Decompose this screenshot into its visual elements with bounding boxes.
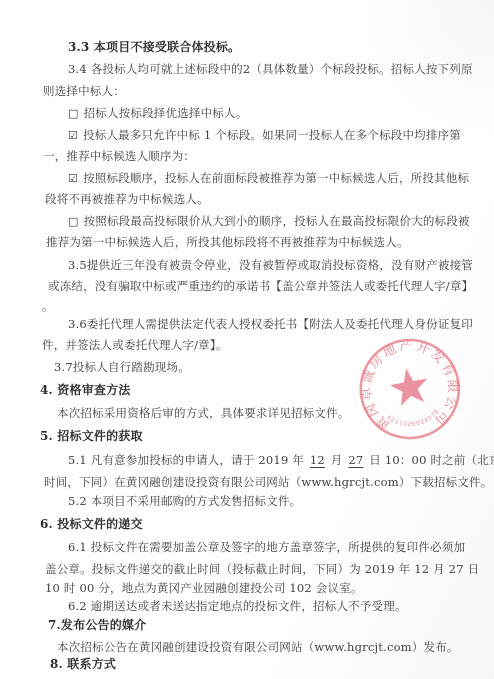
clause-3-6: 3.6委托代理人需提供法定代表人授权委托书【附法人及委托代理人身份证复印 bbox=[68, 317, 473, 332]
section-5-heading: 5. 招标文件的获取 bbox=[40, 429, 143, 444]
checkbox-checked-icon: ☑ bbox=[68, 129, 78, 142]
clause-3-5-period: 。 bbox=[42, 299, 54, 314]
clause-3-4-cont: 则选择中标人： bbox=[43, 84, 125, 99]
section-6-heading: 6. 投标文件的递交 bbox=[40, 517, 143, 532]
clause-6-1-cont2: 10 时 00 分，地点为黄冈产业园融创建投公司 102 会议室。 bbox=[45, 581, 363, 596]
clause-3-6-cont: 件，并签法人或委托代理人字/章】。 bbox=[42, 338, 228, 353]
section-7-body: 本次招标公告在黄冈融创建设投资有限公司网站（www.hgrcjt.com）发布。 bbox=[57, 640, 459, 655]
clause-6-2: 6.2 逾期送达或者未送达指定地点的投标文件，招标人不予受理。 bbox=[68, 599, 407, 614]
svg-text:4211020024578: 4211020024578 bbox=[385, 406, 443, 433]
clause-3-5: 3.5提供近三年没有被责令停业，没有被暂停或取消投标资格，没有财产被接管 bbox=[68, 258, 473, 273]
checkbox-checked-icon: ☑ bbox=[68, 172, 78, 185]
section-4-heading: 4. 资格审查方法 bbox=[40, 383, 131, 398]
company-seal: 黄冈卓诚房地产开发有限公司 4211020024578 bbox=[343, 324, 477, 456]
star-icon bbox=[387, 365, 431, 407]
section-4-body: 本次招标采用资格后审的方式，具体要求详见招标文件。 bbox=[57, 406, 350, 421]
scanned-document-page: 3.3 本项目不接受联合体投标。 3.4 各投标人均可就上述标段中的2（具体数量… bbox=[0, 0, 494, 679]
clause-3-5-cont: 或冻结，没有骗取中标或严重违约的承诺书【盖公章并签法人或委托代理人字/章】 bbox=[48, 279, 473, 294]
option-text: 投标人最多只允许中标 1 个标段。如果同一投标人在多个标段中均排序第 bbox=[83, 128, 461, 142]
seal-serial-number: 4211020024578 bbox=[385, 406, 443, 433]
option-price-order: □按照标段最高投标限价从大到小的顺序，投标人在最高投标限价大的标段被 bbox=[68, 214, 470, 229]
option-section-order-cont: 段将不再被推荐为中标候选人。 bbox=[45, 192, 209, 207]
option-text: 按照标段最高投标限价从大到小的顺序，投标人在最高投标限价大的标段被 bbox=[84, 214, 470, 228]
checkbox-unchecked-icon: □ bbox=[68, 107, 79, 120]
clause-5-1: 5.1 凡有意参加投标的申请人，请于 2019 年 12 月 27 日 10：0… bbox=[68, 453, 494, 468]
option-select-by-section: □招标人按标段择优选择中标人。 bbox=[68, 106, 247, 121]
clause-3-4: 3.4 各投标人均可就上述标段中的2（具体数量）个标段投标。招标人按下列原 bbox=[68, 62, 473, 77]
deadline-month-value: 12 bbox=[308, 453, 327, 467]
clause-5-1-cont: 时间，下同）在黄冈融创建设投资有限公司网站（www.hgrcjt.com）下载招… bbox=[44, 475, 492, 490]
clause-6-1: 6.1 投标文件在需要加盖公章及签字的地方盖章签字，所提供的复印件必须加 bbox=[68, 540, 465, 555]
clause-5-2: 5.2 本项目不采用邮购的方式发售招标文件。 bbox=[68, 494, 301, 509]
section-8-heading: 8. 联系方式 bbox=[50, 657, 116, 672]
clause-5-1-text: 5.1 凡有意参加投标的申请人，请于 2019 年 bbox=[68, 453, 308, 467]
option-section-order: ☑按照标段顺序，投标人在前面标段被推荐为第一中标候选人后，所投其他标 bbox=[68, 171, 469, 186]
option-max-one-section-cont: 一，推荐中标候选人顺序为： bbox=[43, 149, 195, 164]
option-text: 招标人按标段择优选择中标人。 bbox=[84, 106, 248, 120]
checkbox-unchecked-icon: □ bbox=[68, 215, 79, 228]
option-max-one-section: ☑投标人最多只允许中标 1 个标段。如果同一投标人在多个标段中均排序第 bbox=[68, 128, 461, 143]
clause-5-1-text: 日 10：00 时之前（北京 bbox=[365, 453, 494, 467]
option-text: 按照标段顺序，投标人在前面标段被推荐为第一中标候选人后，所投其他标 bbox=[83, 171, 469, 185]
clause-3-3: 3.3 本项目不接受联合体投标。 bbox=[68, 40, 240, 55]
clause-3-7: 3.7投标人自行踏勘现场。 bbox=[54, 360, 190, 375]
clause-6-1-cont1: 盖公章。投标文件递交的截止时间（投标截止时间，下同）为 2019 年 12 月 … bbox=[45, 562, 479, 577]
clause-5-1-text: 月 bbox=[327, 453, 346, 467]
section-7-heading: 7.发布公告的媒介 bbox=[48, 618, 146, 633]
option-price-order-cont: 推荐为第一中标候选人后，所投其他标段将不再被推荐为中标候选人。 bbox=[46, 235, 409, 250]
